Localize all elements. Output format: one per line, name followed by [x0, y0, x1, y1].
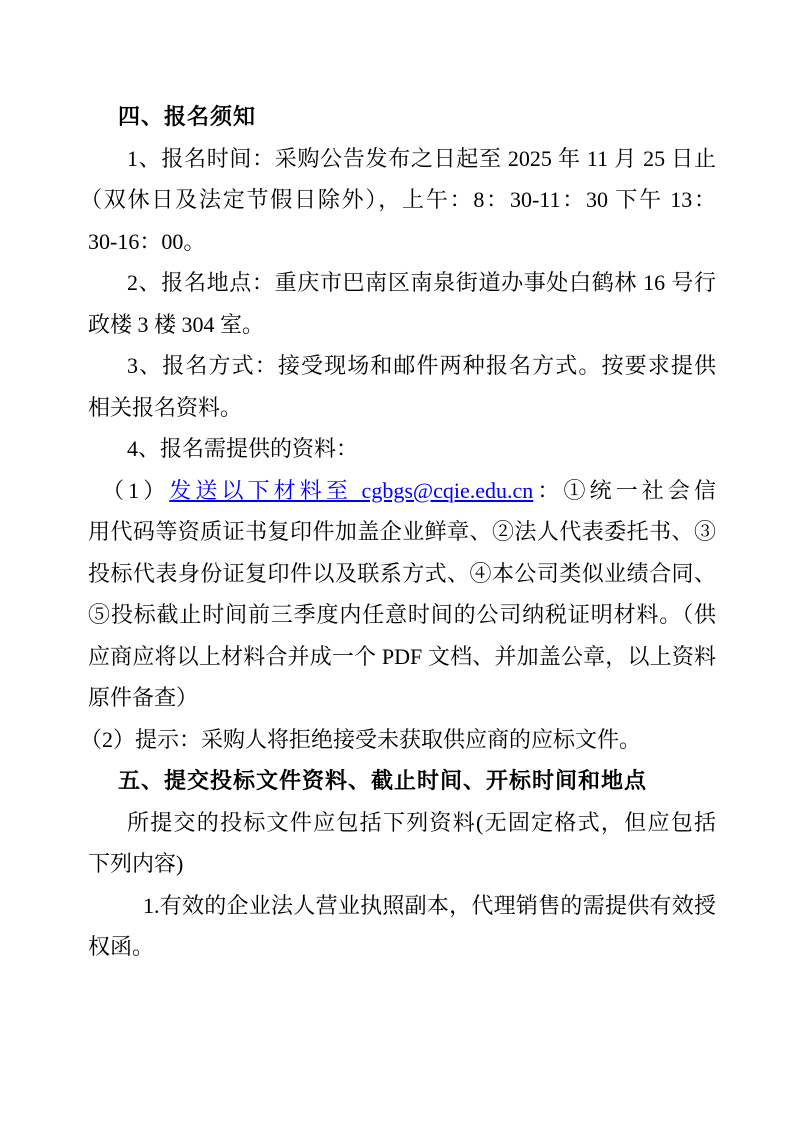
registration-place-line-1: 2、报名地点：重庆市巴南区南泉街道办事处白鹤林 16 号行 [88, 262, 716, 304]
registration-time-line-1: 1、报名时间：采购公告发布之日起至 2025 年 11 月 25 日止 [88, 138, 716, 180]
business-license-line-1: 1.有效的企业法人营业执照副本，代理销售的需提供有效授 [88, 885, 716, 927]
document-content: 四、报名须知 1、报名时间：采购公告发布之日起至 2025 年 11 月 25 … [88, 96, 716, 968]
section-5-heading: 五、提交投标文件资料、截止时间、开标时间和地点 [88, 760, 716, 802]
materials-item-number: （1） [102, 478, 169, 503]
registration-method-line-1: 3、报名方式：接受现场和邮件两种报名方式。按要求提供 [88, 345, 716, 387]
materials-line-6: 原件备查） [88, 677, 716, 719]
notice-line: （2）提示：采购人将拒绝接受未获取供应商的应标文件。 [80, 719, 716, 761]
materials-line-3: 投标代表身份证复印件以及联系方式、④本公司类似业绩合同、 [88, 553, 716, 595]
bid-documents-line-1: 所提交的投标文件应包括下列资料(无固定格式，但应包括 [88, 802, 716, 844]
materials-line-2: 用代码等资质证书复印件加盖企业鲜章、②法人代表委托书、③ [88, 511, 716, 553]
registration-place-line-2: 政楼 3 楼 304 室。 [88, 304, 716, 346]
business-license-line-2: 权函。 [88, 926, 716, 968]
materials-line-1: （1）发送以下材料至 cgbgs@cqie.edu.cn：①统一社会信 [88, 470, 716, 512]
registration-method-line-2: 相关报名资料。 [88, 387, 716, 429]
materials-after-link: ：①统一社会信 [533, 478, 716, 503]
materials-line-5: 应商应将以上材料合并成一个 PDF 文档、并加盖公章，以上资料 [88, 636, 716, 678]
required-materials-title: 4、报名需提供的资料： [88, 428, 716, 470]
registration-time-line-2: （双休日及法定节假日除外），上午：8：30-11：30 下午 13： [80, 179, 716, 221]
document-page: 四、报名须知 1、报名时间：采购公告发布之日起至 2025 年 11 月 25 … [0, 0, 794, 1122]
registration-time-line-3: 30-16：00。 [88, 221, 716, 263]
section-4-heading: 四、报名须知 [88, 96, 716, 138]
email-link[interactable]: 发送以下材料至 cgbgs@cqie.edu.cn [169, 478, 533, 503]
bid-documents-line-2: 下列内容) [88, 843, 716, 885]
materials-line-4: ⑤投标截止时间前三季度内任意时间的公司纳税证明材料。（供 [88, 594, 716, 636]
